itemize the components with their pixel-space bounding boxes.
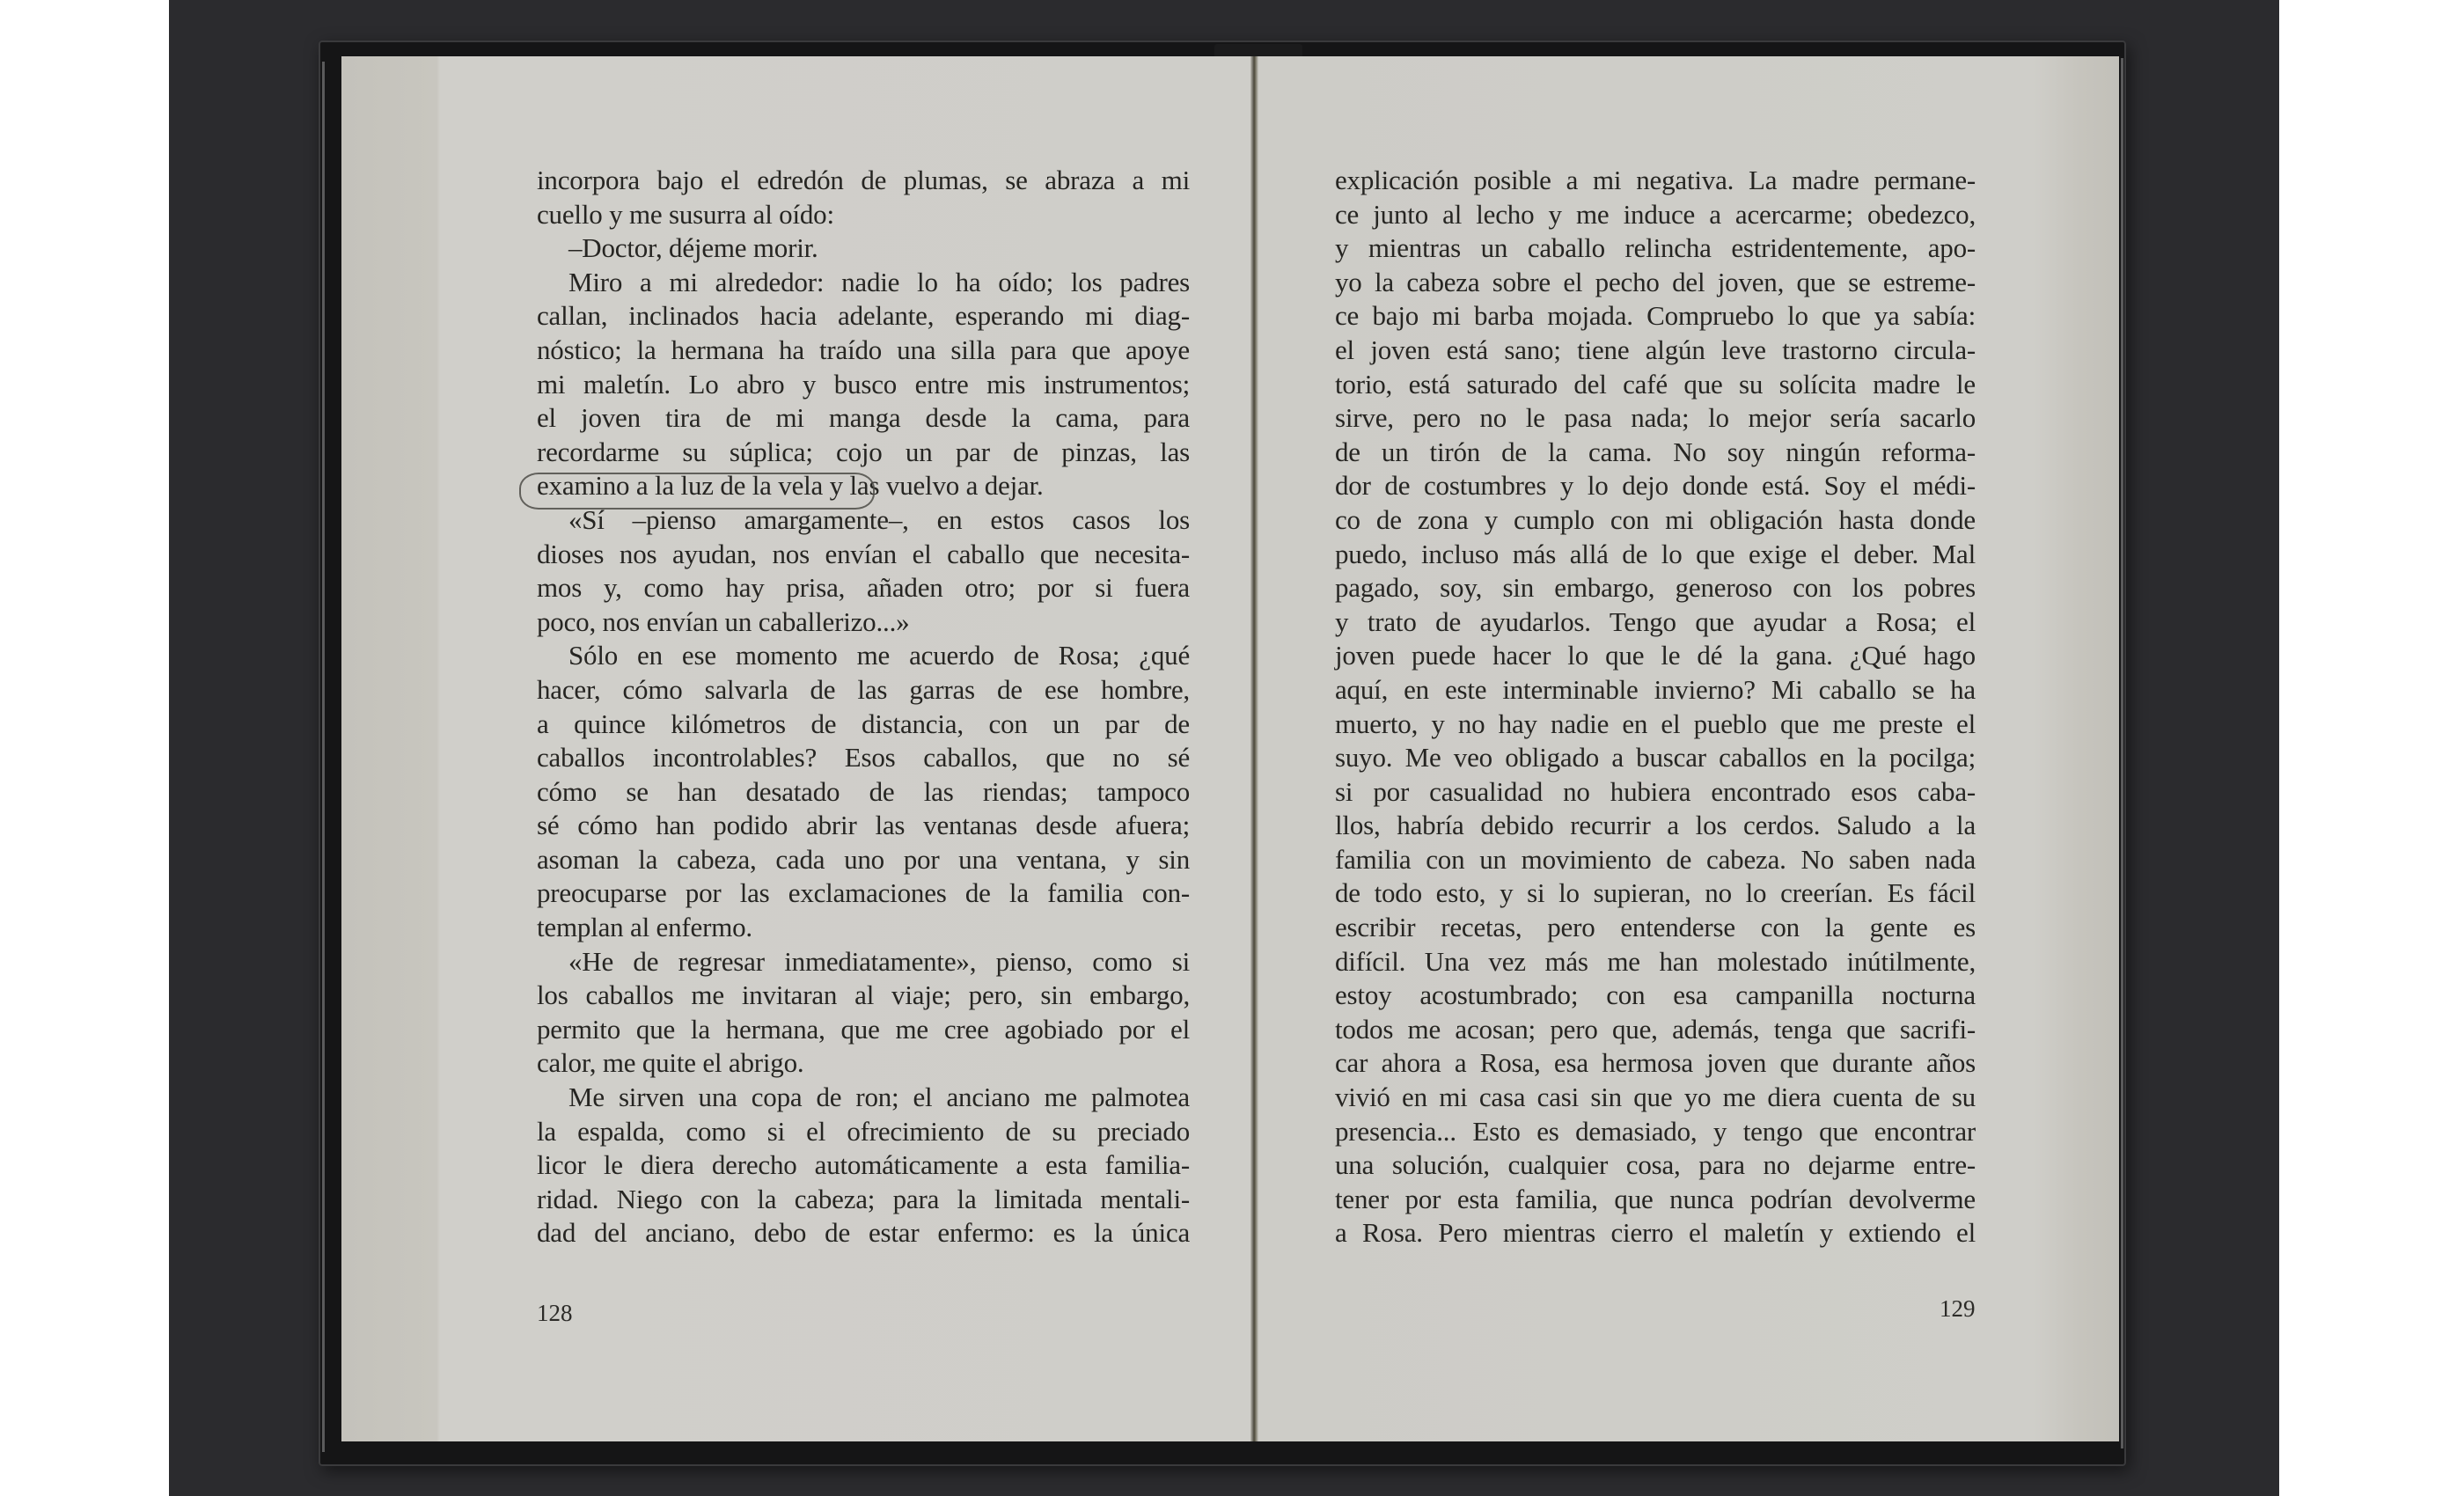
text-line: dioses nos ayudan, nos envían el caballo… <box>537 538 1190 572</box>
text-line: muerto, y no hay nadie en el pueblo que … <box>1335 708 1976 742</box>
text-line: llos, habría debido recurrir a los cerdo… <box>1335 809 1976 843</box>
text-line: y mientras un caballo relincha estrident… <box>1335 231 1976 266</box>
text-line: mos y, como hay prisa, añaden otro; por … <box>537 571 1190 605</box>
page-number-right: 129 <box>1940 1295 1976 1323</box>
text-line: dor de costumbres y lo dejo donde está. … <box>1335 469 1976 503</box>
text-line: co de zona y cumplo con mi obligación ha… <box>1335 503 1976 538</box>
text-line: los caballos me invitaran al viaje; pero… <box>537 979 1190 1013</box>
text-line: puedo, incluso más allá de lo que exige … <box>1335 538 1976 572</box>
text-line: una solución, cualquier cosa, para no de… <box>1335 1148 1976 1183</box>
page-number-left: 128 <box>537 1300 573 1327</box>
text-line: preocuparse por las exclamaciones de la … <box>537 876 1190 911</box>
text-line: de todo esto, y si lo supieran, no lo cr… <box>1335 876 1976 911</box>
text-line: la espalda, como si el ofrecimiento de s… <box>537 1115 1190 1149</box>
right-page-text: explicación posible a mi negativa. La ma… <box>1335 164 1976 1250</box>
text-line: caballos incontrolables? Esos caballos, … <box>537 741 1190 775</box>
text-line: car ahora a Rosa, esa hermosa joven que … <box>1335 1046 1976 1081</box>
text-line: Miro a mi alrededor: nadie lo ha oído; l… <box>537 266 1190 300</box>
text-line: dad del anciano, debo de estar enfermo: … <box>537 1216 1190 1250</box>
text-line: poco, nos envían un caballerizo...» <box>537 605 1190 640</box>
text-line: Sólo en ese momento me acuerdo de Rosa; … <box>537 639 1190 673</box>
text-line: sé cómo han podido abrir las ventanas de… <box>537 809 1190 843</box>
text-line: aquí, en este interminable invierno? Mi … <box>1335 673 1976 708</box>
text-line: pagado, soy, sin embargo, generoso con l… <box>1335 571 1976 605</box>
text-line: incorpora bajo el edredón de plumas, se … <box>537 164 1190 198</box>
text-line: suyo. Me veo obligado a buscar caballos … <box>1335 741 1976 775</box>
text-line: joven puede hacer lo que le dé la gana. … <box>1335 639 1976 673</box>
text-line: cómo se han desatado de las riendas; tam… <box>537 775 1190 810</box>
text-line: recordarme su súplica; cojo un par de pi… <box>537 436 1190 470</box>
text-line: yo la cabeza sobre el pecho del joven, q… <box>1335 266 1976 300</box>
text-line: asoman la cabeza, cada uno por una venta… <box>537 843 1190 877</box>
text-line: vivió en mi casa casi sin que yo me dier… <box>1335 1081 1976 1115</box>
text-line: cuello y me susurra al oído: <box>537 198 1190 232</box>
text-line: callan, inclinados hacia adelante, esper… <box>537 299 1190 334</box>
text-line: sirve, pero no le pasa nada; lo mejor se… <box>1335 401 1976 436</box>
text-line: templan al enfermo. <box>537 911 1190 945</box>
text-line: torio, está saturado del café que su sol… <box>1335 368 1976 402</box>
pencil-annotation-circle <box>519 473 875 510</box>
text-line: el joven tira de mi manga desde la cama,… <box>537 401 1190 436</box>
text-line: difícil. Una vez más me han molestado in… <box>1335 945 1976 979</box>
text-line: a quince kilómetros de distancia, con un… <box>537 708 1190 742</box>
text-line: estoy acostumbrado; con esa campanilla n… <box>1335 979 1976 1013</box>
text-line: a Rosa. Pero mientras cierro el maletín … <box>1335 1216 1976 1250</box>
text-line: tener por esta familia, que nunca podría… <box>1335 1183 1976 1217</box>
text-line: hacer, cómo salvarla de las garras de es… <box>537 673 1190 708</box>
left-page-text: incorpora bajo el edredón de plumas, se … <box>537 164 1190 1250</box>
text-line: mi maletín. Lo abro y busco entre mis in… <box>537 368 1190 402</box>
cover-edge-left <box>322 62 325 1452</box>
cover-edge-right <box>2121 58 2123 1448</box>
text-line: y trato de ayudarlos. Tengo que ayudar a… <box>1335 605 1976 640</box>
text-line: Me sirven una copa de ron; el anciano me… <box>537 1081 1190 1115</box>
book-gutter <box>1250 56 1258 1441</box>
text-line: licor le diera derecho automáticamente a… <box>537 1148 1190 1183</box>
text-line: «He de regresar inmediatamente», pienso,… <box>537 945 1190 979</box>
text-line: –Doctor, déjeme morir. <box>537 231 1190 266</box>
text-line: ce junto al lecho y me induce a acercarm… <box>1335 198 1976 232</box>
text-line: de un tirón de la cama. No soy ningún re… <box>1335 436 1976 470</box>
text-line: ce bajo mi barba mojada. Compruebo lo qu… <box>1335 299 1976 334</box>
text-line: ridad. Niego con la cabeza; para la limi… <box>537 1183 1190 1217</box>
text-line: nóstico; la hermana ha traído una silla … <box>537 334 1190 368</box>
text-line: calor, me quite el abrigo. <box>537 1046 1190 1081</box>
text-line: explicación posible a mi negativa. La ma… <box>1335 164 1976 198</box>
text-line: presencia... Esto es demasiado, y tengo … <box>1335 1115 1976 1149</box>
text-line: todos me acosan; pero que, además, tenga… <box>1335 1013 1976 1047</box>
text-line: escribir recetas, pero entenderse con la… <box>1335 911 1976 945</box>
text-line: el joven está sano; tiene algún leve tra… <box>1335 334 1976 368</box>
text-line: permito que la hermana, que me cree agob… <box>537 1013 1190 1047</box>
text-line: si por casualidad no hubiera encontrado … <box>1335 775 1976 810</box>
text-line: familia con un movimiento de cabeza. No … <box>1335 843 1976 877</box>
